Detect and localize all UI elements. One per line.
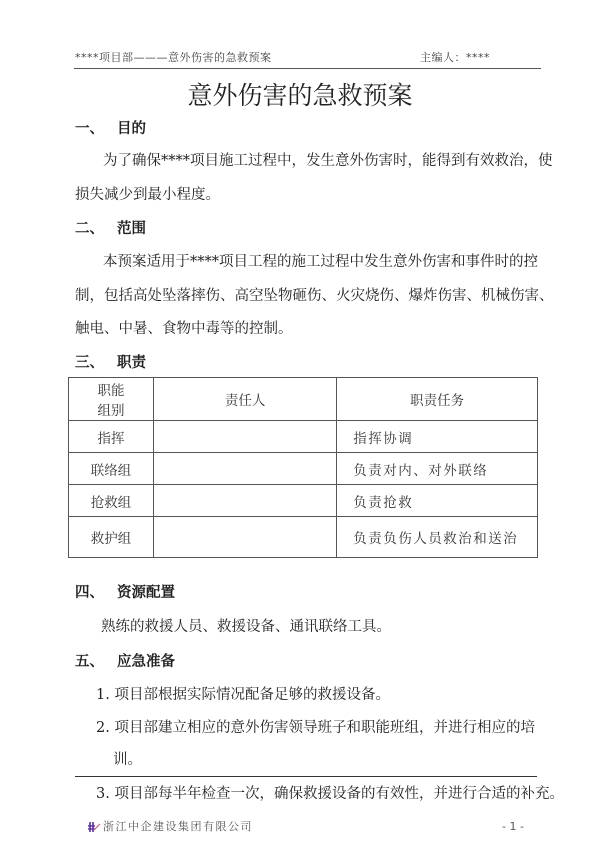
cell-person [154,517,337,558]
header-cell-person: 责任人 [154,378,337,421]
cell-group: 救护组 [69,517,154,558]
section-number: 三、 [75,351,117,372]
company-logo-icon [87,818,101,837]
list-number: 3. [96,786,110,802]
footer-company: 浙江中企建设集团有限公司 [103,818,253,834]
list-text: 项目部建立相应的意外伤害领导班子和职能班组，并进行相应的培 [114,720,535,736]
cell-task: 负责对内、对外联络 [337,453,538,485]
section-heading-resources: 四、资源配置 [75,581,175,602]
cell-group: 抢救组 [69,485,154,517]
table-header-row: 职能 组别 责任人 职责任务 [69,378,538,421]
section-title: 应急准备 [117,654,175,670]
section-title: 目的 [117,121,146,137]
section-number: 一、 [75,117,117,138]
paragraph-line: 制，包括高处坠落摔伤、高空坠物砸伤、火灾烧伤、爆炸伤害、机械伤害、 [75,284,554,305]
cell-task: 负责负伤人员救治和送治 [337,517,538,558]
table-row: 救护组 负责负伤人员救治和送治 [69,517,538,558]
section-number: 四、 [75,581,117,602]
list-text: 项目部每半年检查一次，确保救援设备的有效性，并进行合适的补充。 [114,786,564,802]
list-item: 2. 项目部建立相应的意外伤害领导班子和职能班组，并进行相应的培 [96,716,535,737]
page-title: 意外伤害的急救预案 [0,76,600,112]
list-item: 1. 项目部根据实际情况配备足够的救援设备。 [96,683,390,704]
section-heading-purpose: 一、目的 [75,117,146,138]
cell-person [154,421,337,453]
table-row: 抢救组 负责抢救 [69,485,538,517]
section-title: 范围 [117,221,146,237]
cell-group: 联络组 [69,453,154,485]
header-cell-line: 组别 [69,399,153,419]
paragraph-line: 本预案适用于****项目工程的施工过程中发生意外伤害和事件时的控 [103,250,538,271]
responsibility-table: 职能 组别 责任人 职责任务 指挥 指挥协调 联络组 负责对内、对外联络 抢救组… [68,377,538,558]
section-number: 五、 [75,650,117,671]
running-header-right: 主编人：**** [420,49,490,65]
page-break-rule [75,776,537,777]
list-item: 3. 项目部每半年检查一次，确保救援设备的有效性，并进行合适的补充。 [96,782,564,803]
list-number: 1. [96,687,110,703]
paragraph-line: 熟练的救援人员、救援设备、通讯联络工具。 [101,615,391,636]
list-text: 项目部根据实际情况配备足够的救援设备。 [114,687,390,703]
header-rule [74,68,541,69]
section-heading-responsibilities: 三、职责 [75,351,146,372]
running-header-left: ****项目部———意外伤害的急救预案 [75,49,272,65]
cell-group: 指挥 [69,421,154,453]
cell-person [154,485,337,517]
section-number: 二、 [75,217,117,238]
header-cell-line: 职能 [69,379,153,399]
list-number: 2. [96,720,110,736]
header-cell-task: 职责任务 [337,378,538,421]
cell-person [154,453,337,485]
section-heading-preparation: 五、应急准备 [75,650,175,671]
section-title: 职责 [117,355,146,371]
page-number: - 1 - [502,820,524,833]
cell-task: 指挥协调 [337,421,538,453]
cell-task: 负责抢救 [337,485,538,517]
paragraph-line: 触电、中暑、食物中毒等的控制。 [75,317,293,338]
section-heading-scope: 二、范围 [75,217,146,238]
section-title: 资源配置 [117,585,175,601]
table-row: 联络组 负责对内、对外联络 [69,453,538,485]
list-item-continuation: 训。 [113,748,142,769]
header-cell-group: 职能 组别 [69,378,154,421]
paragraph-line: 损失减少到最小程度。 [75,183,220,204]
paragraph-line: 为了确保****项目施工过程中，发生意外伤害时，能得到有效救治，使 [103,149,553,170]
table-row: 指挥 指挥协调 [69,421,538,453]
